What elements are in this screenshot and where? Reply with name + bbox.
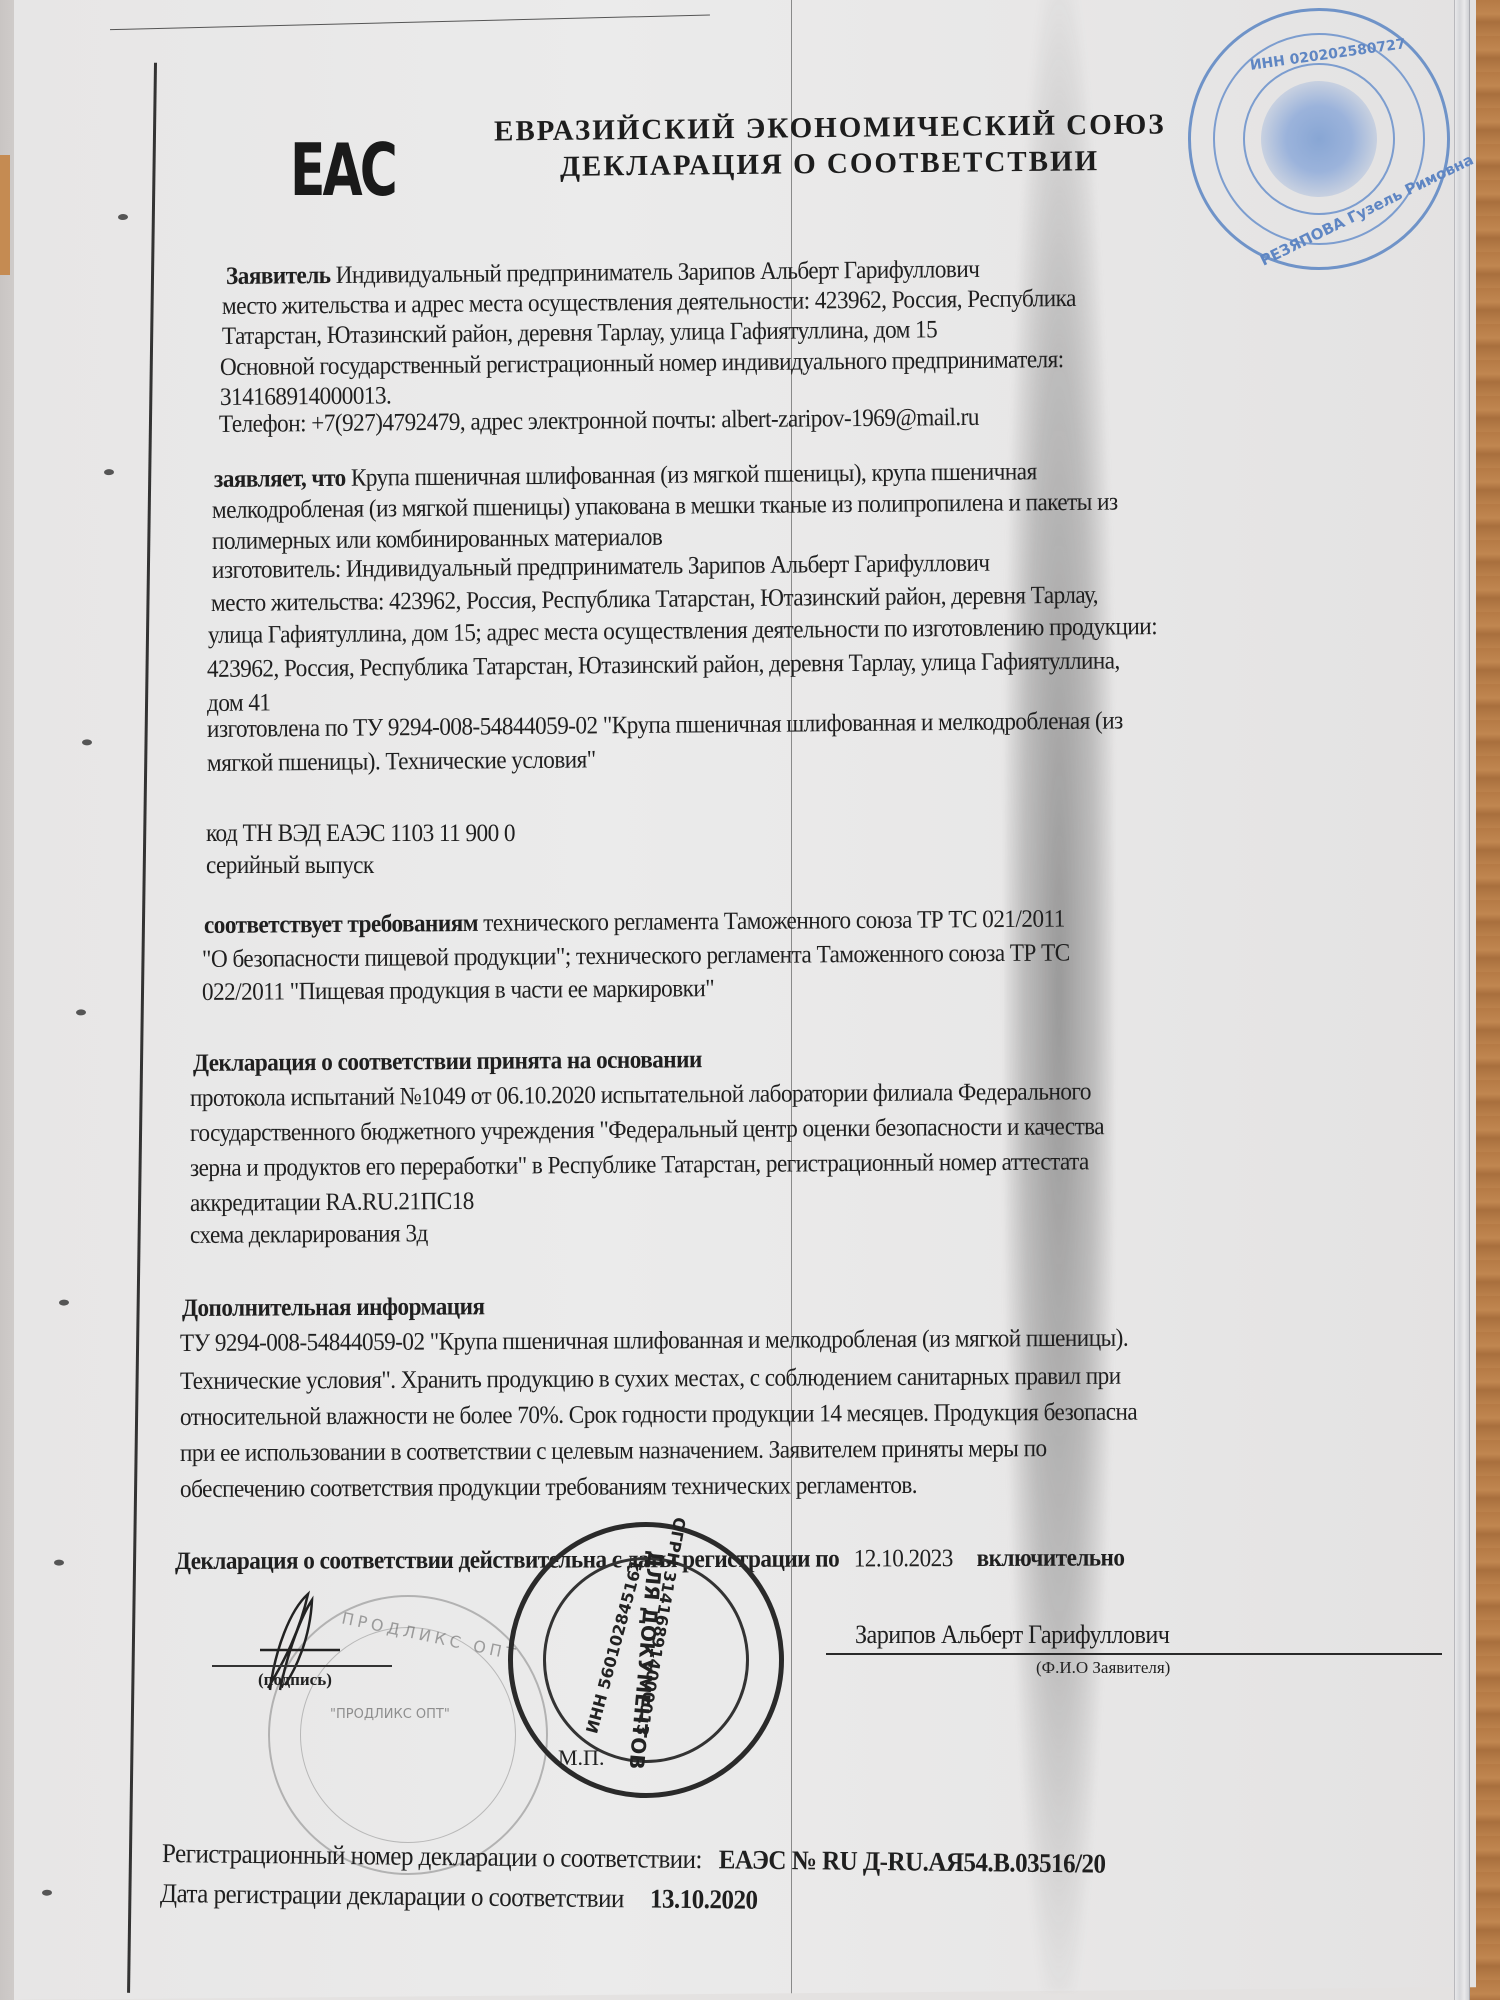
- basis-line-3: зерна и продуктов его переработки" в Рес…: [190, 1148, 1089, 1183]
- manufacturer-line-5: дом 41: [207, 689, 271, 718]
- additional-line-3: относительной влажности не более 70%. Ср…: [180, 1399, 1137, 1432]
- declaration-scheme: схема декларирования 3д: [190, 1220, 428, 1250]
- faded-stamp-center: "ПРОДЛИКС ОПТ": [330, 1707, 450, 1722]
- declaration-content: EAC ЕВРАЗИЙСКИЙ ЭКОНОМИЧЕСКИЙ СОЮЗ ДЕКЛА…: [0, 0, 1500, 2000]
- declares-line-3: полимерных или комбинированных материало…: [212, 524, 663, 556]
- signature-line: [212, 1665, 392, 1667]
- applicant-line-4: Основной государственный регистрационный…: [220, 346, 1064, 382]
- applicant-signature-name: Зарипов Альберт Гарифуллович: [855, 1620, 1169, 1650]
- compliance-label: соответствует требованиям: [204, 910, 478, 939]
- release-type: серийный выпуск: [206, 852, 374, 880]
- basis-line-2: государственного бюджетного учреждения "…: [190, 1113, 1104, 1148]
- applicant-line-3: Татарстан, Ютазинский район, деревня Тар…: [222, 316, 937, 351]
- signature-label: (подпись): [258, 1670, 332, 1690]
- manufacturer-spec-cont: мягкой пшеницы). Технические условия": [207, 746, 596, 778]
- applicant-line-2: место жительства и адрес места осуществл…: [222, 285, 1076, 321]
- compliance-line-1: соответствует требованиям технического р…: [204, 906, 1065, 940]
- name-line: [826, 1653, 1442, 1655]
- applicant-name: Индивидуальный предприниматель Зарипов А…: [336, 256, 980, 289]
- compliance-reg-1: технического регламента Таможенного союз…: [483, 906, 1065, 937]
- additional-line-2: Технические условия". Хранить продукцию …: [180, 1363, 1121, 1396]
- validity-end-date: 12.10.2023: [854, 1545, 953, 1572]
- additional-line-5: обеспечению соответствия продукции требо…: [180, 1472, 917, 1504]
- manufacturer-spec: изготовлена по ТУ 9294-008-54844059-02 "…: [207, 707, 1123, 744]
- registration-number: ЕАЭС № RU Д-RU.АЯ54.В.03516/20: [719, 1844, 1106, 1878]
- tn-ved-code: код ТН ВЭД ЕАЭС 1103 11 900 0: [206, 820, 515, 848]
- registration-number-label: Регистрационный номер декларации о соотв…: [162, 1838, 702, 1874]
- accreditation-number: аккредитации RA.RU.21ПС18: [190, 1188, 474, 1218]
- blue-seal-stamp: ИНН 020202580727 РЕЗЯПОВА Гузель Римовна: [1171, 0, 1467, 287]
- additional-title: Дополнительная информация: [182, 1293, 485, 1323]
- declares-line-1: заявляет, что Крупа пшеничная шлифованна…: [214, 458, 1037, 494]
- registration-date: 13.10.2020: [650, 1884, 758, 1915]
- stamp-place-label: М.П.: [558, 1745, 604, 1771]
- name-caption: (Ф.И.О Заявителя): [1036, 1658, 1170, 1678]
- basis-title: Декларация о соответствии принята на осн…: [193, 1046, 702, 1078]
- validity-suffix: включительно: [977, 1544, 1125, 1572]
- applicant-contacts: Телефон: +7(927)4792479, адрес электронн…: [219, 404, 979, 439]
- document-title: ДЕКЛАРАЦИЯ О СООТВЕТСТВИИ: [560, 145, 1099, 184]
- additional-line-1: ТУ 9294-008-54844059-02 "Крупа пшеничная…: [180, 1325, 1128, 1358]
- basis-line-1: протокола испытаний №1049 от 06.10.2020 …: [190, 1078, 1091, 1113]
- product-name: Крупа пшеничная шлифованная (из мягкой п…: [351, 458, 1037, 491]
- additional-line-4: при ее использовании в соответствии с це…: [180, 1435, 1047, 1468]
- registration-date-label: Дата регистрации декларации о соответств…: [160, 1878, 624, 1913]
- compliance-line-3: 022/2011 "Пищевая продукция в части ее м…: [202, 975, 714, 1007]
- declares-label: заявляет, что: [214, 465, 346, 493]
- eac-logo: EAC: [290, 133, 355, 208]
- applicant-line-1: Заявитель Индивидуальный предприниматель…: [226, 256, 980, 291]
- applicant-ogrnip: 314168914000013.: [220, 382, 391, 412]
- manufacturer-line-1: изготовитель: Индивидуальный предпринима…: [212, 550, 990, 585]
- black-seal-stamp: ДЛЯ ДОКУМЕНТОВ ОГРН 314168914000013 ИНН …: [508, 1522, 784, 1798]
- manufacturer-line-3: улица Гафиятуллина, дом 15; адрес места …: [208, 613, 1157, 650]
- union-title: ЕВРАЗИЙСКИЙ ЭКОНОМИЧЕСКИЙ СОЮЗ: [494, 108, 1166, 148]
- registration-number-line: Регистрационный номер декларации о соотв…: [162, 1838, 1106, 1880]
- manufacturer-line-4: 423962, Россия, Республика Татарстан, Ют…: [207, 647, 1120, 684]
- applicant-label: Заявитель: [226, 262, 331, 290]
- registration-date-line: Дата регистрации декларации о соответств…: [160, 1878, 758, 1916]
- compliance-line-2: "О безопасности пищевой продукции"; техн…: [202, 939, 1070, 974]
- declares-line-2: мелкодробленая (из мягкой пшеницы) упако…: [212, 489, 1118, 525]
- manufacturer-line-2: место жительства: 423962, Россия, Респуб…: [211, 582, 1098, 618]
